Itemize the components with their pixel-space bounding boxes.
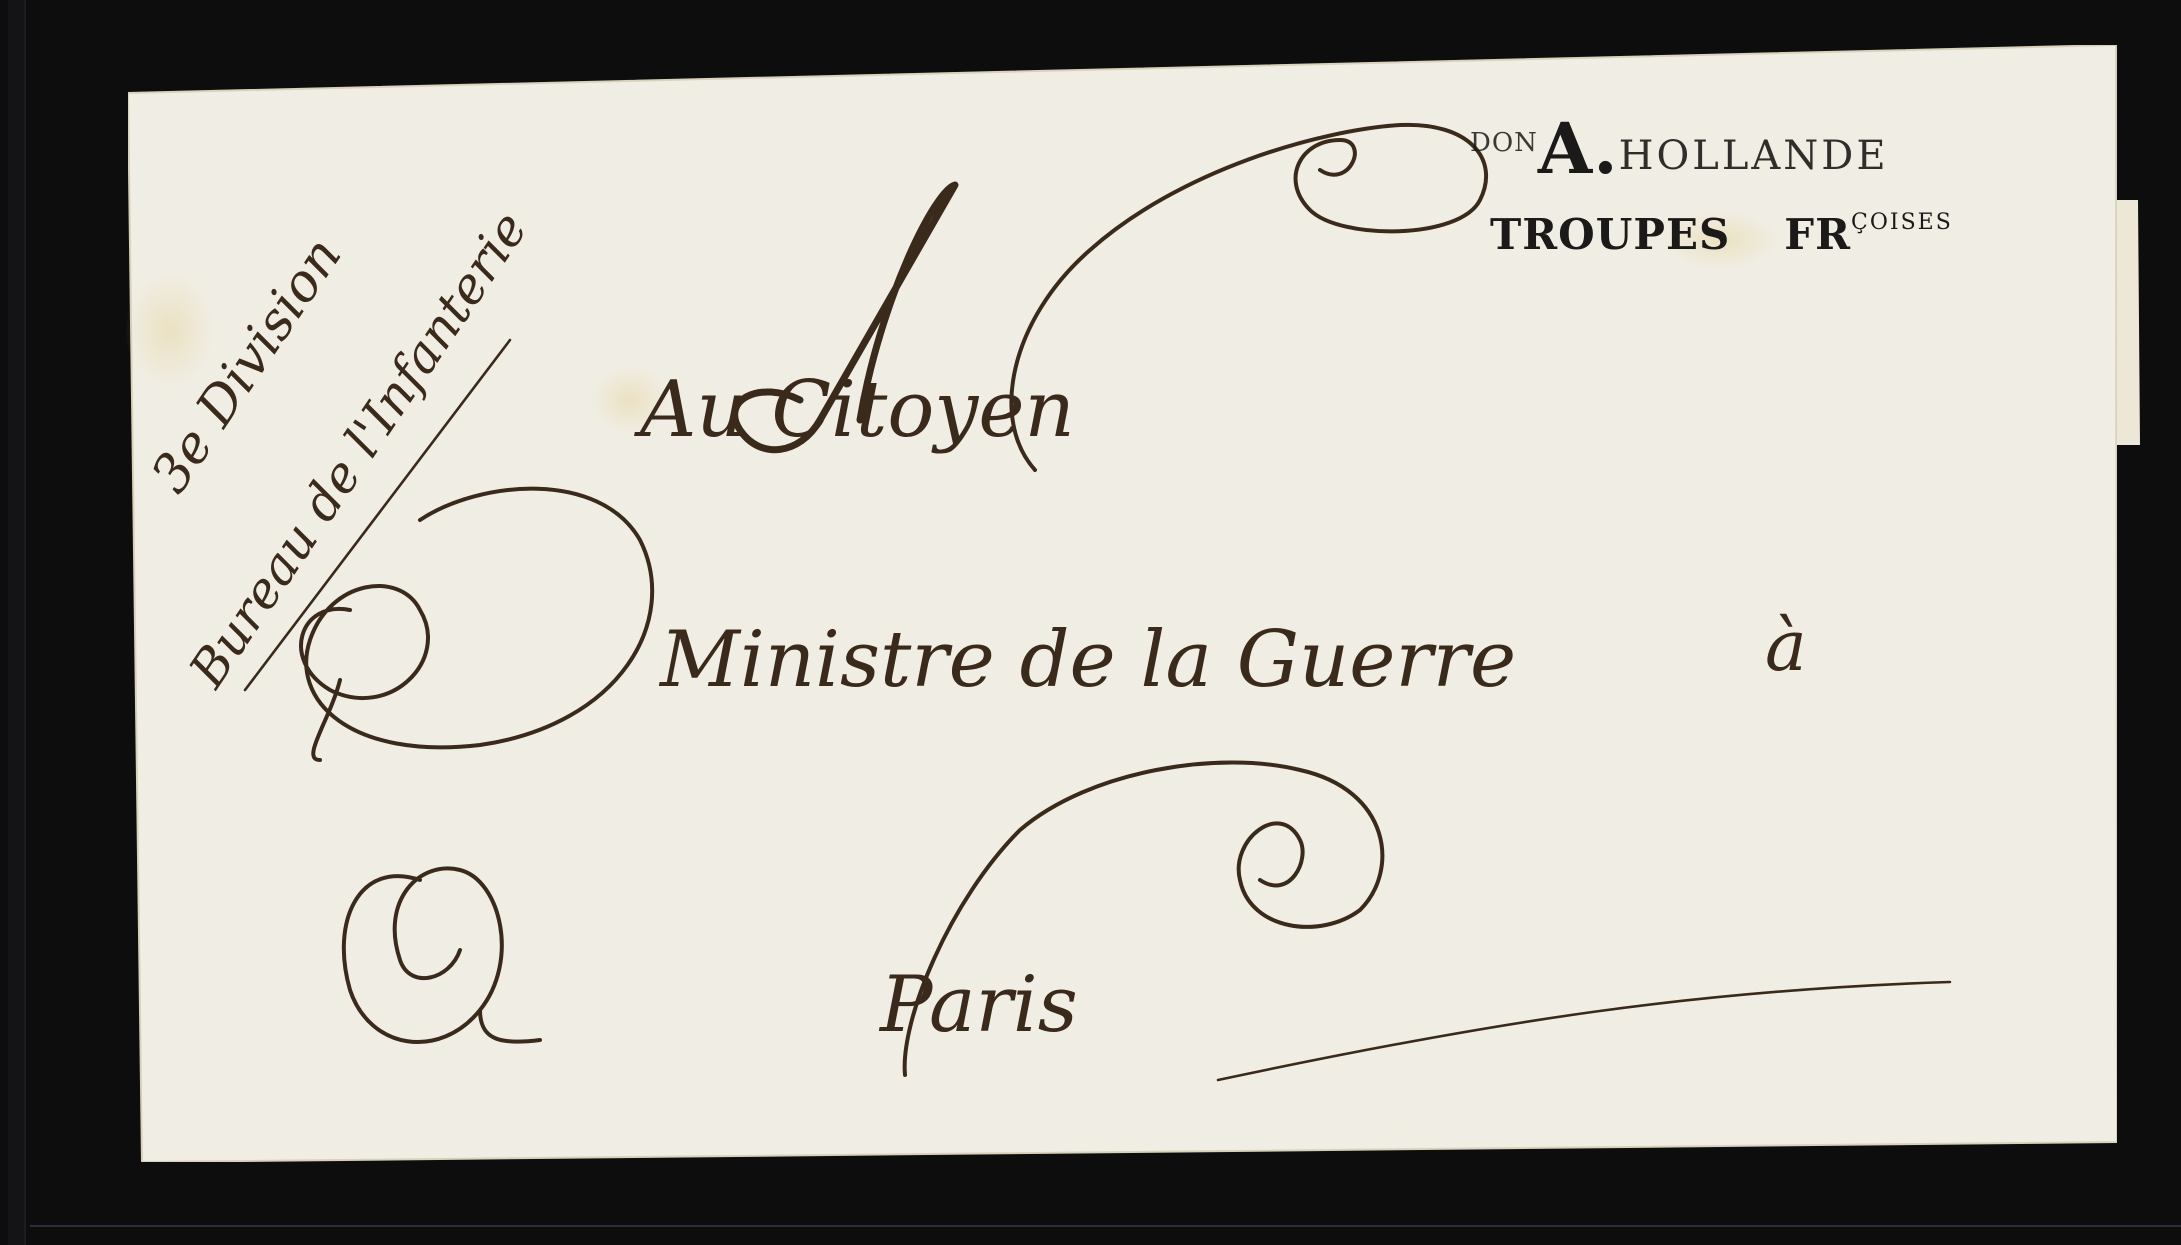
address-line-au-citoyen: Au Citoyen <box>640 365 1075 455</box>
address-preposition: à <box>1765 605 1807 687</box>
handstamp-line-2: TROUPESFRÇOISES <box>1490 212 1953 256</box>
handstamp-prefix: DON <box>1470 128 1538 158</box>
handstamp-hollande: HOLLANDE <box>1619 133 1889 179</box>
address-line-paris: Paris <box>880 960 1078 1050</box>
handstamp-troupes: TROUPES <box>1490 210 1730 259</box>
handstamp-line-1: DONA.HOLLANDE <box>1470 114 1889 184</box>
handstamp-francaises: FRÇOISES <box>1784 210 1953 259</box>
address-line-ministre: Ministre de la Guerre <box>660 615 1516 705</box>
foxing-stain <box>125 270 215 390</box>
handstamp-initial: A. <box>1538 107 1619 190</box>
